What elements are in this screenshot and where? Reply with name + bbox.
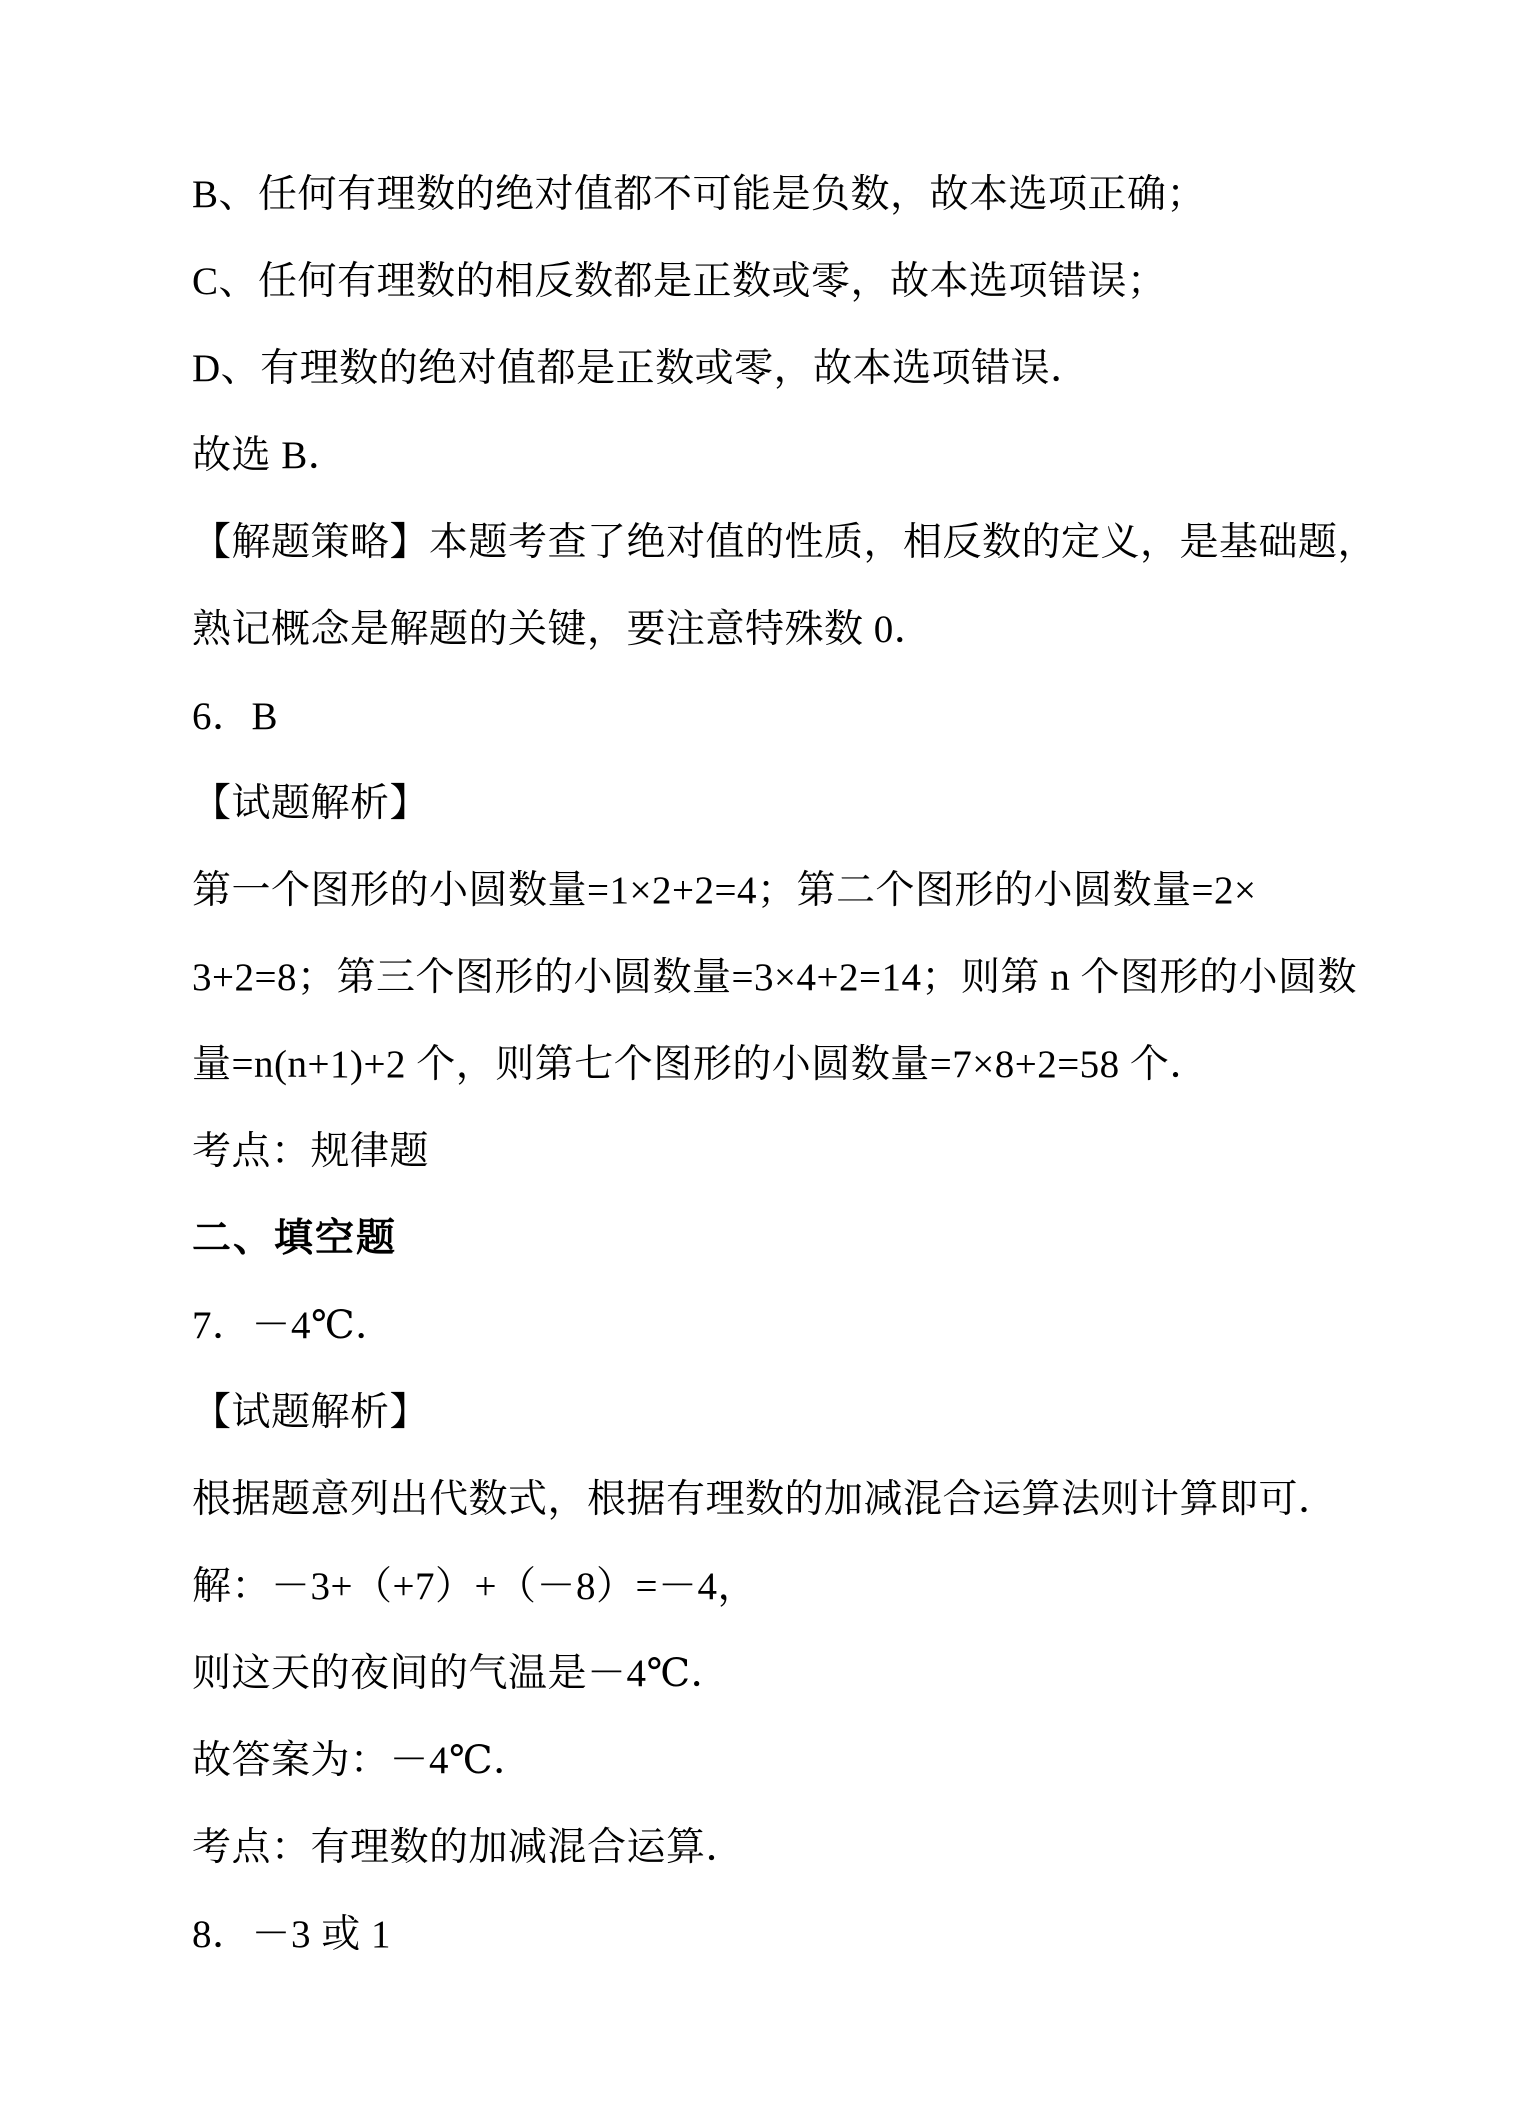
question-8-answer-line: 8．－3 或 1 (192, 1887, 1357, 1974)
q6-analysis-header: 【试题解析】 (192, 756, 1357, 843)
q6-topic-line: 考点：规律题 (192, 1104, 1357, 1191)
q7-calculation-line: 解：－3+（+7）+（－8）=－4， (192, 1539, 1357, 1626)
q7-method-line: 根据题意列出代数式，根据有理数的加减混合运算法则计算即可． (192, 1452, 1357, 1539)
section-2-heading: 二、填空题 (192, 1191, 1357, 1278)
q7-final-answer-line: 故答案为：－4℃． (192, 1713, 1357, 1800)
strategy-note-line-2: 熟记概念是解题的关键，要注意特殊数 0． (192, 582, 1357, 669)
document-page: B、任何有理数的绝对值都不可能是负数，故本选项正确； C、任何有理数的相反数都是… (0, 0, 1536, 2127)
q7-analysis-header: 【试题解析】 (192, 1365, 1357, 1452)
option-c-analysis-line: C、任何有理数的相反数都是正数或零，故本选项错误； (192, 234, 1357, 321)
option-b-analysis-line: B、任何有理数的绝对值都不可能是负数，故本选项正确； (192, 147, 1357, 234)
option-d-analysis-line: D、有理数的绝对值都是正数或零，故本选项错误． (192, 321, 1357, 408)
strategy-note-line-1: 【解题策略】本题考查了绝对值的性质，相反数的定义，是基础题， (192, 495, 1357, 582)
question-7-answer-line: 7．－4℃． (192, 1278, 1357, 1365)
document-text-block: B、任何有理数的绝对值都不可能是负数，故本选项正确； C、任何有理数的相反数都是… (192, 147, 1357, 1974)
q6-solution-line-2: 3+2=8；第三个图形的小圆数量=3×4+2=14；则第 n 个图形的小圆数 (192, 930, 1357, 1017)
question-6-answer-line: 6．B (192, 669, 1357, 756)
q7-topic-line: 考点：有理数的加减混合运算． (192, 1800, 1357, 1887)
q7-conclusion-line: 则这天的夜间的气温是－4℃． (192, 1626, 1357, 1713)
answer-choice-line: 故选 B． (192, 408, 1357, 495)
q6-solution-line-3: 量=n(n+1)+2 个，则第七个图形的小圆数量=7×8+2=58 个． (192, 1017, 1357, 1104)
q6-solution-line-1: 第一个图形的小圆数量=1×2+2=4；第二个图形的小圆数量=2× (192, 843, 1357, 930)
